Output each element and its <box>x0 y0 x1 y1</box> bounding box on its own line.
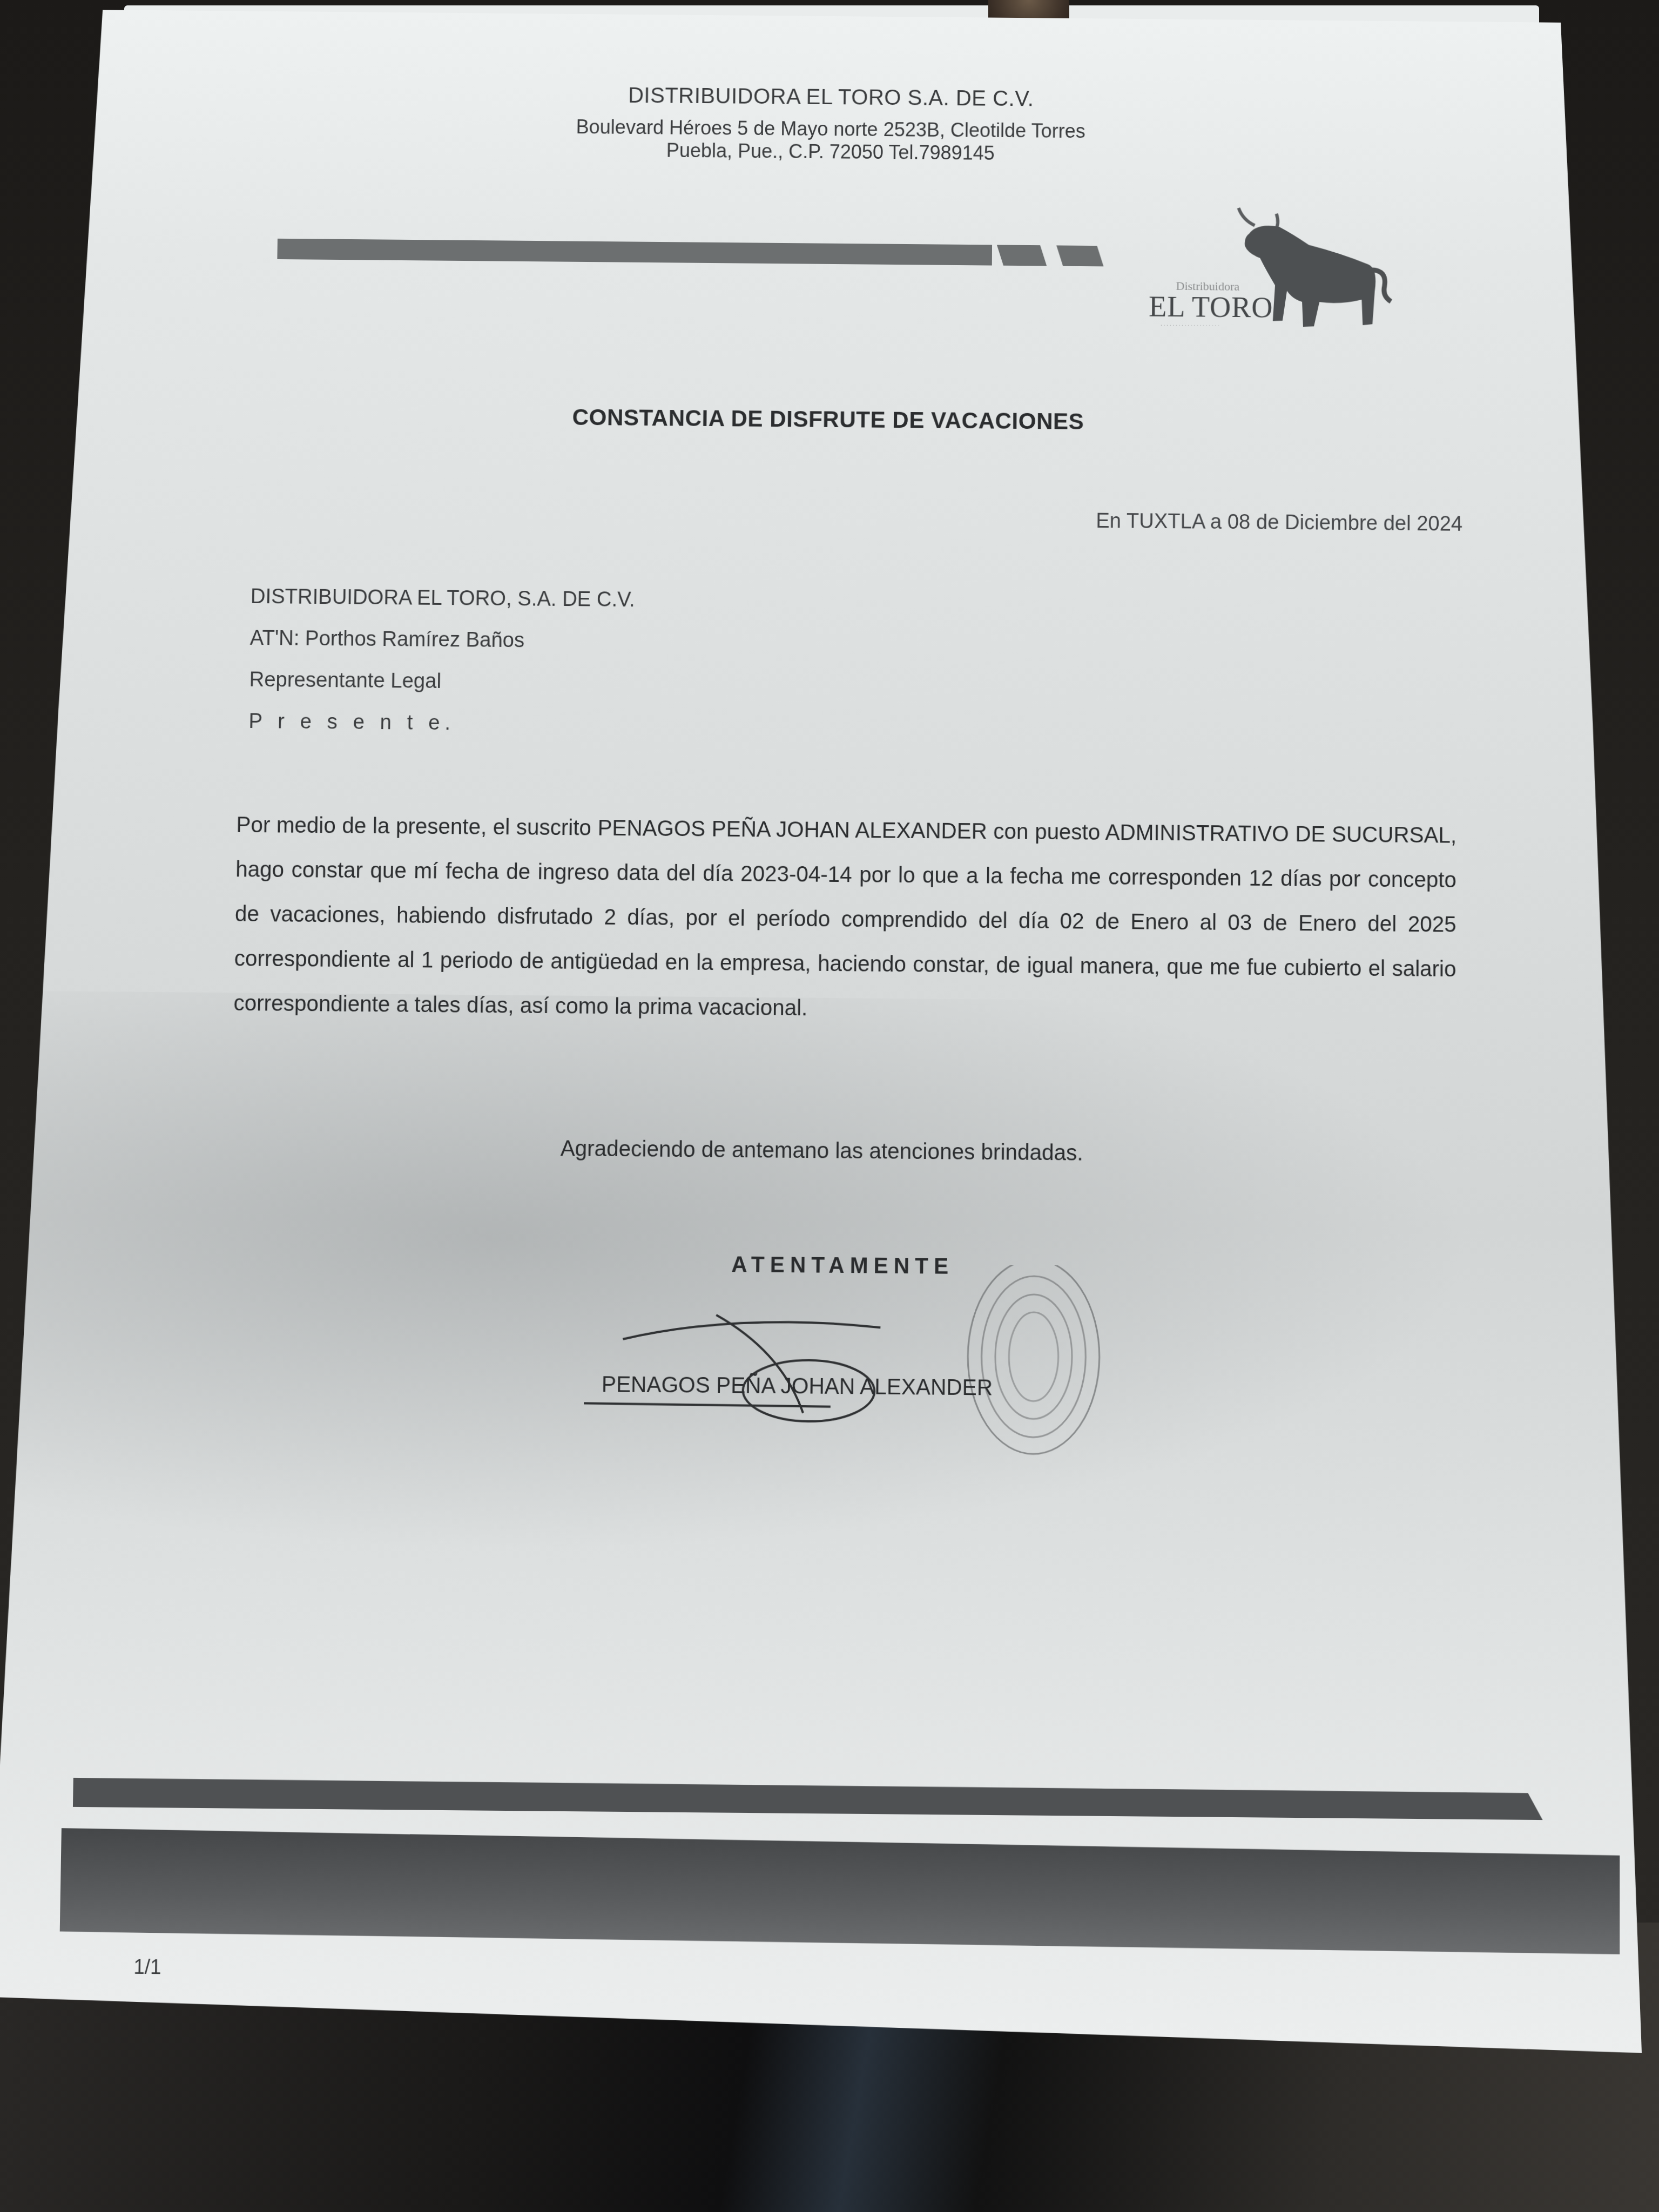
header-divider-segment <box>1056 245 1103 266</box>
signature-line <box>584 1402 831 1408</box>
letterhead-address: Boulevard Héroes 5 de Mayo norte 2523B, … <box>19 111 1642 170</box>
header-divider-bar <box>277 239 992 266</box>
header-divider-segment <box>997 245 1047 266</box>
footer-bar-thin <box>73 1778 1543 1820</box>
company-logo: Distribuidora EL TORO . . . . . . . . . … <box>1127 197 1409 341</box>
document-page: DISTRIBUIDORA EL TORO S.A. DE C.V. Boule… <box>0 9 1642 2053</box>
fingerprint-placeholder <box>967 1261 1100 1454</box>
place-and-date: En TUXTLA a 08 de Diciembre del 2024 <box>1096 510 1462 536</box>
document-content: DISTRIBUIDORA EL TORO S.A. DE C.V. Boule… <box>0 9 1642 2053</box>
addressee-role: Representante Legal <box>249 659 634 704</box>
footer-bar-thick <box>59 1828 1620 1954</box>
addressee-company: DISTRIBUIDORA EL TORO, S.A. DE C.V. <box>250 576 635 621</box>
signature-area: PENAGOS PEÑA JOHAN ALEXANDER <box>572 1261 1177 1466</box>
signature-placeholder <box>572 1261 1177 1466</box>
closing-line: Agradeciendo de antemano las atenciones … <box>2 1131 1642 1171</box>
letterhead-company-name: DISTRIBUIDORA EL TORO S.A. DE C.V. <box>20 78 1642 117</box>
document-title: CONSTANCIA DE DISFRUTE DE VACACIONES <box>15 399 1642 440</box>
logo-tagline: . . . . . . . . . . . . . . . . . . . . <box>1161 321 1219 328</box>
bull-icon <box>1232 204 1401 335</box>
addressee-block: DISTRIBUIDORA EL TORO, S.A. DE C.V. AT'N… <box>248 576 635 745</box>
addressee-greeting: P r e s e n t e. <box>248 700 634 745</box>
page-number: 1/1 <box>133 1955 161 1979</box>
body-paragraph: Por medio de la presente, el suscrito PE… <box>233 803 1456 1037</box>
signer-name: PENAGOS PEÑA JOHAN ALEXANDER <box>602 1372 993 1401</box>
addressee-attention: AT'N: Porthos Ramírez Baños <box>249 617 635 662</box>
